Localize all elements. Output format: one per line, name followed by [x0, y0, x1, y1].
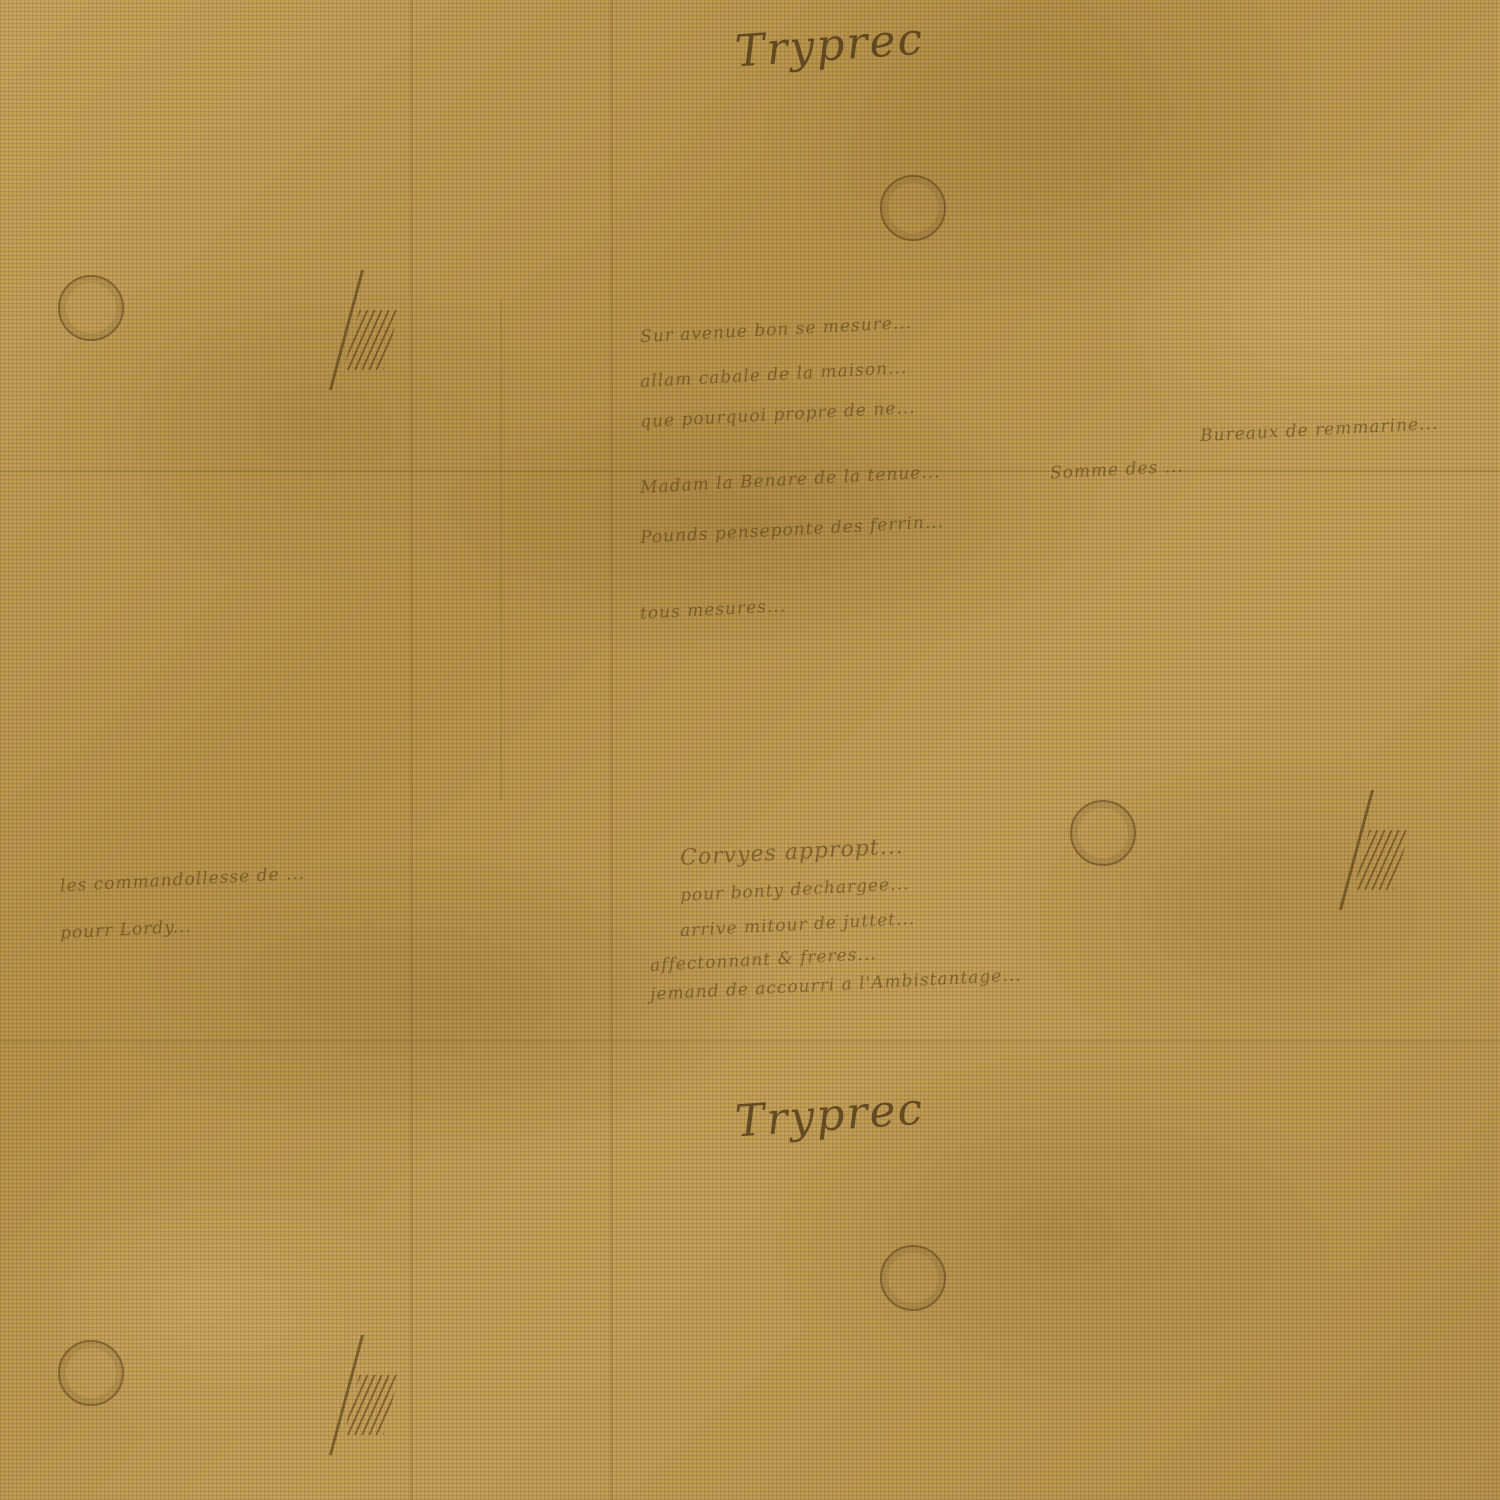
panel-divider [500, 300, 502, 800]
postmark-stamp-icon [1070, 800, 1136, 866]
burlap-texture-image: Tryprec Tryprec Sur avenue bon se mesure… [0, 0, 1500, 1500]
panel-divider [0, 1040, 1500, 1042]
panel-divider [610, 0, 613, 1500]
panel-divider [410, 0, 413, 1500]
postmark-stamp-icon [880, 175, 946, 241]
weave-overlay [0, 0, 1500, 1500]
postmark-stamp-icon [880, 1245, 946, 1311]
postmark-stamp-icon [58, 1340, 124, 1406]
postmark-stamp-icon [58, 275, 124, 341]
